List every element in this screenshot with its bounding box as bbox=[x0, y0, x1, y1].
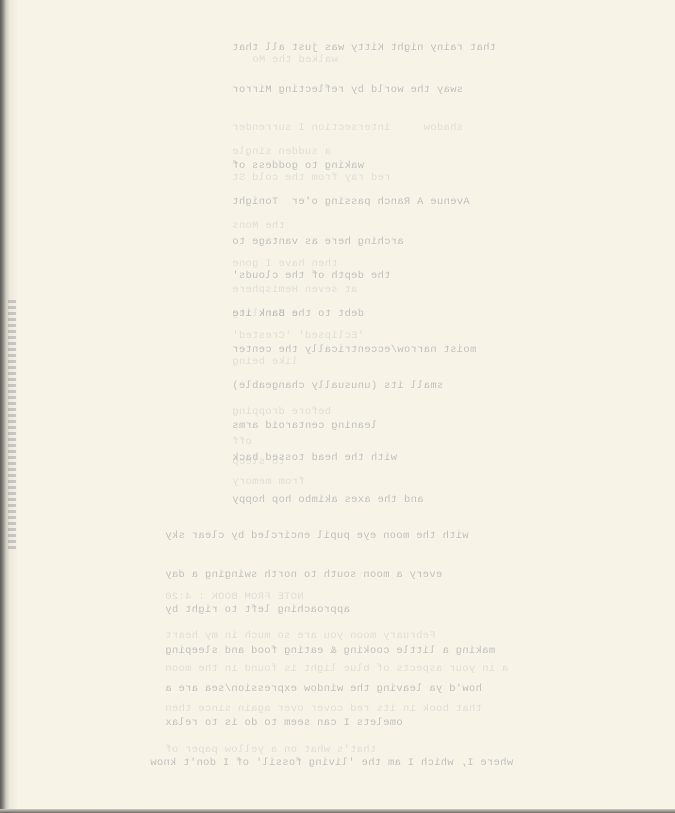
bleed-through-text-line: to sleep bbox=[232, 456, 285, 468]
bleed-through-text-line: NOTE FROM BOOK : 4:20 bbox=[165, 591, 304, 603]
bleed-through-text-line: waking to goddess of bbox=[232, 160, 364, 172]
bleed-through-text-line: off bbox=[232, 436, 252, 448]
bleed-through-text-line: leaning centaroid arms bbox=[232, 420, 377, 432]
bleed-through-text-line: that rainy night Kitty was just all that bbox=[232, 42, 496, 54]
bleed-through-text-line: Avenue A Ranch passing o'er Tonight bbox=[232, 196, 470, 208]
bleed-through-text-line: like being bbox=[232, 356, 298, 368]
bleed-through-text-line: where I, which I am the 'living fossil' … bbox=[150, 757, 513, 769]
bleed-through-text-line: a darkling bbox=[232, 308, 298, 320]
bleed-through-text-line: a sudden single bbox=[232, 146, 331, 158]
bleed-through-text-line: that book in its red cover over again si… bbox=[165, 703, 482, 715]
bleed-through-text-line: sway the world by reflecting Mirror bbox=[232, 84, 463, 96]
bleed-through-text-line: that's what on a yellow paper of bbox=[165, 744, 376, 756]
page-stack-edge bbox=[0, 0, 18, 813]
bleed-through-text-line: a in your aspects of blue light is found… bbox=[165, 663, 508, 675]
bleed-through-text-line: then have I gone bbox=[232, 258, 338, 270]
bottom-page-edge bbox=[0, 809, 675, 813]
bleed-through-text-line: and the axes akimbo hop hoppy bbox=[232, 494, 423, 506]
bleed-through-text-line: walked the Mo bbox=[252, 54, 338, 66]
bleed-through-text-line: moist narrow/eccentrically the center bbox=[232, 344, 476, 356]
bleed-through-text-line: with the moon eye pupil encircled by cle… bbox=[165, 530, 469, 542]
bleed-through-text-line: the Mons bbox=[232, 220, 285, 232]
bleed-through-text-line: omelets I can seem to do is to relax bbox=[165, 717, 403, 729]
bleed-through-text-line: every a moon south to north swinging a d… bbox=[165, 569, 442, 581]
bleed-through-text-line: February moon you are so much in my hear… bbox=[165, 630, 436, 642]
bleed-through-text-line: red ray from the cold St bbox=[232, 172, 390, 184]
edge-print-marks bbox=[8, 300, 16, 550]
paper-sheet: that rainy night Kitty was just all that… bbox=[18, 0, 675, 809]
bleed-through-text-line: making a little cooking & eating food an… bbox=[165, 645, 495, 657]
bleed-through-text-line: before dropping bbox=[232, 406, 331, 418]
bleed-through-text-line: how'd ya leaving the window expression/s… bbox=[165, 683, 482, 695]
bleed-through-text-line: shadow intersection I surrender bbox=[232, 122, 463, 134]
bleed-through-text-line: 'Eclipsed' 'Crested' bbox=[232, 330, 364, 342]
bleed-through-text-line: arching here as vantage to bbox=[232, 236, 404, 248]
bleed-through-text-line: from memory bbox=[232, 476, 305, 488]
bleed-through-text-line: the depth of the clouds' bbox=[232, 270, 390, 282]
bleed-through-text-line: at seven Hemisphere bbox=[232, 284, 357, 296]
bleed-through-text-line: small its (unusually changeable) bbox=[232, 380, 443, 392]
bleed-through-text-line: approaching left to right by bbox=[165, 604, 350, 616]
